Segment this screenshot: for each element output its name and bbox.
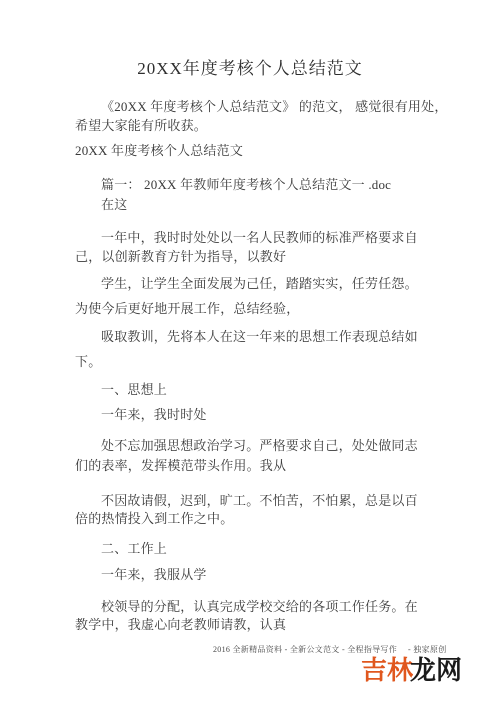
document-section-heading: 一、思想上 bbox=[101, 383, 167, 396]
document-line: 处不忘加强思想政治学习。严格要求自己，处处做同志 bbox=[101, 439, 418, 452]
document-subheading: 20XX 年度考核个人总结范文 bbox=[75, 144, 243, 157]
document-line: 己，以创新教育方针为指导，以教好 bbox=[75, 250, 286, 263]
document-line: 《20XX 年度考核个人总结范文》 的范文， 感觉很有用处， bbox=[101, 100, 448, 113]
document-line: 希望大家能有所收获。 bbox=[75, 119, 207, 132]
document-section-heading: 二、工作上 bbox=[101, 542, 167, 555]
document-line: 校领导的分配，认真完成学校交给的各项工作任务。在 bbox=[101, 600, 418, 613]
watermark-trademark-icon: ™ bbox=[402, 662, 408, 668]
document-line: 一年来，我时时处 bbox=[101, 408, 207, 421]
document-line: 们的表率，发挥模范带头作用。我从 bbox=[75, 459, 286, 472]
document-line: 学生，让学生全面发展为己任，踏踏实实，任劳任怨。 bbox=[101, 277, 418, 290]
document-line: 一年中，我时时处处以一名人民教师的标准严格要求自 bbox=[101, 231, 418, 244]
document-line: 篇一： 20XX 年教师年度考核个人总结范文一 .doc bbox=[101, 178, 391, 191]
footer-original-badge: - 独家原创 bbox=[408, 646, 446, 654]
document-line: 吸取教训，先将本人在这一年来的思想工作表现总结如 bbox=[101, 330, 418, 343]
watermark-brand-prefix: 吉林 bbox=[361, 655, 413, 685]
watermark-brand-suffix: 龙网 bbox=[410, 655, 462, 685]
document-line: 在这 bbox=[101, 198, 127, 211]
page-footer: 2016 全新精品资料 - 全新公文范文 - 全程指导写作 - 独家原创 bbox=[213, 646, 447, 654]
document-line: 不因故请假，迟到，旷工。不怕苦，不怕累，总是以百 bbox=[101, 494, 418, 507]
document-line: 倍的热情投入到工作之中。 bbox=[75, 512, 233, 525]
footer-text: 2016 全新精品资料 - 全新公文范文 - 全程指导写作 bbox=[213, 646, 397, 654]
document-line: 教学中，我虚心向老教师请教，认真 bbox=[75, 618, 286, 631]
document-page: 20XX年度考核个人总结范文 《20XX 年度考核个人总结范文》 的范文， 感觉… bbox=[0, 0, 500, 708]
document-title: 20XX年度考核个人总结范文 bbox=[0, 59, 500, 79]
document-line: 一年来，我服从学 bbox=[101, 568, 207, 581]
site-watermark: 吉林™龙网 bbox=[361, 657, 462, 683]
document-line: 为使今后更好地开展工作，总结经验， bbox=[75, 302, 299, 315]
document-line: 下。 bbox=[75, 355, 101, 368]
